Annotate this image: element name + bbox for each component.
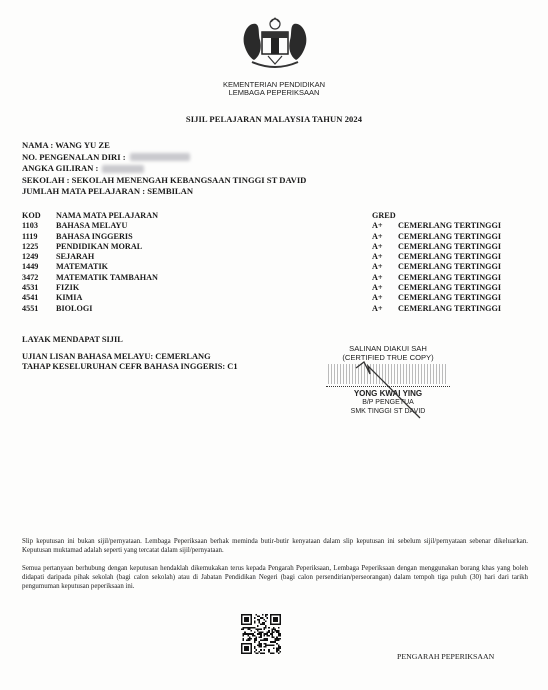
grade-value: A+ — [372, 221, 398, 231]
cefr-result: TAHAP KESELURUHAN CEFR BAHASA INGGERIS: … — [22, 362, 238, 372]
subject-code: 3472 — [22, 273, 56, 283]
code-header: KOD — [22, 211, 56, 221]
signature-stroke-icon — [350, 360, 430, 420]
subject-name: FIZIK — [56, 283, 79, 293]
subject-name: PENDIDIKAN MORAL — [56, 242, 142, 252]
additional-results: UJIAN LISAN BAHASA MELAYU: CEMERLANG TAH… — [22, 352, 238, 372]
redacted-index — [102, 165, 144, 173]
grade-value: A+ — [372, 242, 398, 252]
subject-name: MATEMATIK — [56, 262, 108, 272]
subject-row: 4531FIZIK — [22, 283, 158, 293]
subject-row: 4551BIOLOGI — [22, 304, 158, 314]
disclaimer-paragraph: Slip keputusan ini bukan sijil/pernyataa… — [22, 537, 528, 555]
subject-row: 1103BAHASA MELAYU — [22, 221, 158, 231]
grade-row: A+CEMERLANG TERTINGGI — [372, 273, 501, 283]
qr-code-icon[interactable] — [241, 614, 281, 654]
grade-description: CEMERLANG TERTINGGI — [398, 232, 501, 242]
grade-row: A+CEMERLANG TERTINGGI — [372, 221, 501, 231]
candidate-school: SEKOLAH : SEKOLAH MENENGAH KEBANGSAAN TI… — [22, 175, 306, 187]
subject-row: 1119BAHASA INGGERIS — [22, 232, 158, 242]
candidate-name: NAMA : WANG YU ZE — [22, 140, 306, 152]
grade-row: A+CEMERLANG TERTINGGI — [372, 252, 501, 262]
grades-header: GRED — [372, 211, 501, 221]
stamp-line1: SALINAN DIAKUI SAH — [318, 344, 458, 353]
oral-test-result: UJIAN LISAN BAHASA MELAYU: CEMERLANG — [22, 352, 238, 362]
grade-description: CEMERLANG TERTINGGI — [398, 273, 501, 283]
subject-name: KIMIA — [56, 293, 82, 303]
grade-description: CEMERLANG TERTINGGI — [398, 283, 501, 293]
subject-row: 1249SEJARAH — [22, 252, 158, 262]
subject-code: 4531 — [22, 283, 56, 293]
subject-code: 1119 — [22, 232, 56, 242]
grade-description: CEMERLANG TERTINGGI — [398, 242, 501, 252]
grade-row: A+CEMERLANG TERTINGGI — [372, 232, 501, 242]
subject-row: 3472MATEMATIK TAMBAHAN — [22, 273, 158, 283]
redacted-id — [130, 153, 190, 161]
grade-row: A+CEMERLANG TERTINGGI — [372, 293, 501, 303]
subject-name: SEJARAH — [56, 252, 94, 262]
grade-row: A+CEMERLANG TERTINGGI — [372, 242, 501, 252]
subject-code: 1103 — [22, 221, 56, 231]
subject-header: NAMA MATA PELAJARAN — [56, 211, 158, 221]
grade-row: A+CEMERLANG TERTINGGI — [372, 262, 501, 272]
inquiry-paragraph: Semua pertanyaan berhubung dengan keputu… — [22, 564, 528, 591]
candidate-id: NO. PENGENALAN DIRI : — [22, 152, 306, 164]
subject-count: JUMLAH MATA PELAJARAN : SEMBILAN — [22, 186, 306, 198]
subject-row: 4541KIMIA — [22, 293, 158, 303]
subject-code: 4551 — [22, 304, 56, 314]
exam-board-name: LEMBAGA PEPERIKSAAN — [0, 88, 548, 97]
grade-row: A+CEMERLANG TERTINGGI — [372, 283, 501, 293]
grade-value: A+ — [372, 293, 398, 303]
grade-description: CEMERLANG TERTINGGI — [398, 293, 501, 303]
grades-table: GRED A+CEMERLANG TERTINGGIA+CEMERLANG TE… — [372, 211, 501, 314]
coat-of-arms-icon — [238, 14, 312, 72]
document-title: SIJIL PELAJARAN MALAYSIA TAHUN 2024 — [0, 114, 548, 124]
grade-row: A+CEMERLANG TERTINGGI — [372, 304, 501, 314]
grade-description: CEMERLANG TERTINGGI — [398, 262, 501, 272]
exam-director-signoff: PENGARAH PEPERIKSAAN — [397, 652, 494, 661]
subject-name: BAHASA MELAYU — [56, 221, 127, 231]
grade-value: A+ — [372, 283, 398, 293]
grade-description: CEMERLANG TERTINGGI — [398, 304, 501, 314]
subjects-header: KOD NAMA MATA PELAJARAN — [22, 211, 158, 221]
subject-name: BAHASA INGGERIS — [56, 232, 133, 242]
subject-code: 1449 — [22, 262, 56, 272]
candidate-info: NAMA : WANG YU ZE NO. PENGENALAN DIRI : … — [22, 140, 306, 198]
grade-value: A+ — [372, 262, 398, 272]
subject-row: 1449MATEMATIK — [22, 262, 158, 272]
grade-value: A+ — [372, 252, 398, 262]
grade-value: A+ — [372, 273, 398, 283]
subject-name: BIOLOGI — [56, 304, 92, 314]
subject-code: 1249 — [22, 252, 56, 262]
subject-name: MATEMATIK TAMBAHAN — [56, 273, 158, 283]
subjects-table: KOD NAMA MATA PELAJARAN 1103BAHASA MELAY… — [22, 211, 158, 314]
eligibility-remark: LAYAK MENDAPAT SIJIL — [22, 335, 123, 344]
subject-code: 4541 — [22, 293, 56, 303]
grade-value: A+ — [372, 232, 398, 242]
grade-header: GRED — [372, 211, 396, 221]
grade-value: A+ — [372, 304, 398, 314]
subject-row: 1225PENDIDIKAN MORAL — [22, 242, 158, 252]
grade-description: CEMERLANG TERTINGGI — [398, 252, 501, 262]
candidate-index-number: ANGKA GILIRAN : — [22, 163, 306, 175]
subject-code: 1225 — [22, 242, 56, 252]
grade-description: CEMERLANG TERTINGGI — [398, 221, 501, 231]
